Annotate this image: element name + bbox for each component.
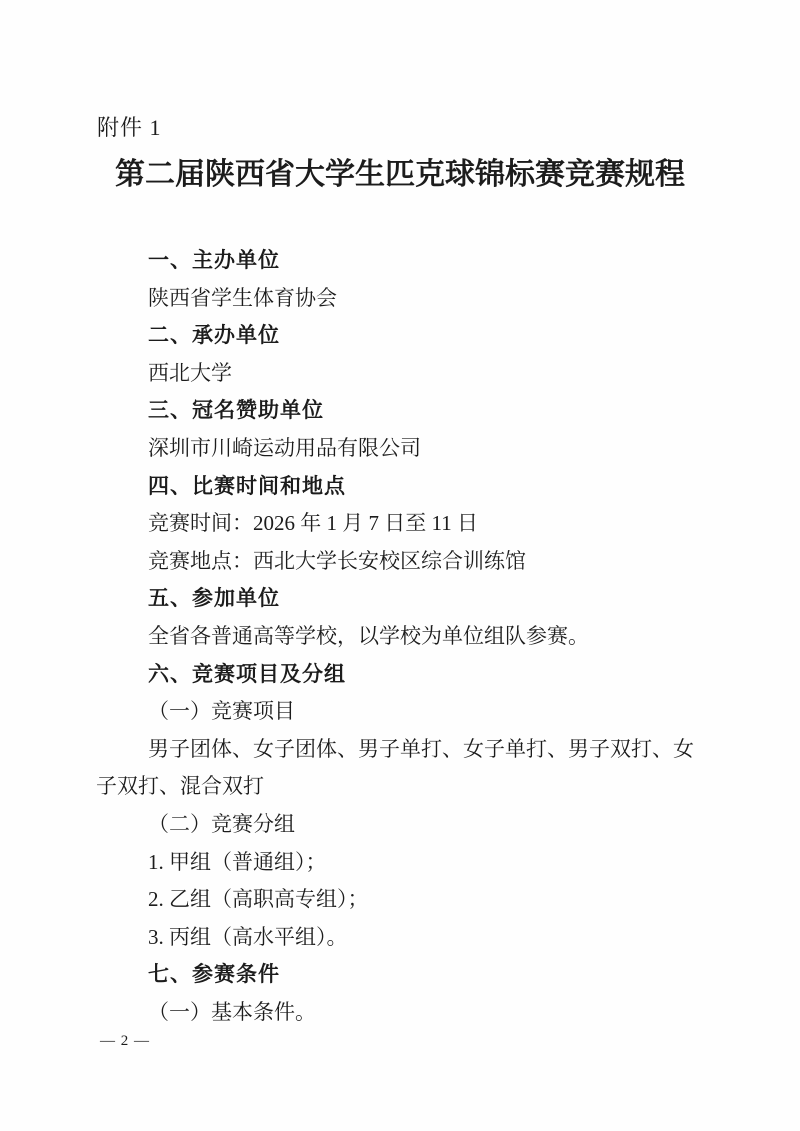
document-line: （一）竞赛项目 xyxy=(96,693,740,731)
document-line: （二）竞赛分组 xyxy=(96,806,740,844)
document-line: 3. 丙组（高水平组）。 xyxy=(96,919,740,957)
document-line: （一）基本条件。 xyxy=(96,994,740,1032)
document-line: 六、竞赛项目及分组 xyxy=(96,656,740,694)
document-line: 陕西省学生体育协会 xyxy=(96,280,740,318)
document-line: 三、冠名赞助单位 xyxy=(96,392,740,430)
document-line: 五、参加单位 xyxy=(96,580,740,618)
document-line: 四、比赛时间和地点 xyxy=(96,468,740,506)
document-page: 附件 1 第二届陕西省大学生匹克球锦标赛竞赛规程 一、主办单位陕西省学生体育协会… xyxy=(0,0,800,1131)
document-line: 七、参赛条件 xyxy=(96,956,740,994)
document-line: 2. 乙组（高职高专组）； xyxy=(96,881,740,919)
document-line: 全省各普通高等学校，以学校为单位组队参赛。 xyxy=(96,618,740,656)
document-line: 西北大学 xyxy=(96,355,740,393)
page-number: — 2 — xyxy=(100,1032,150,1050)
document-line: 1. 甲组（普通组）； xyxy=(96,844,740,882)
document-title: 第二届陕西省大学生匹克球锦标赛竞赛规程 xyxy=(0,155,800,195)
document-line: 子双打、混合双打 xyxy=(96,768,740,806)
document-line: 竞赛时间：2026 年 1 月 7 日至 11 日 xyxy=(96,505,740,543)
document-body: 一、主办单位陕西省学生体育协会二、承办单位西北大学三、冠名赞助单位深圳市川崎运动… xyxy=(96,242,740,1031)
attachment-label: 附件 1 xyxy=(97,115,162,141)
document-line: 一、主办单位 xyxy=(96,242,740,280)
document-line: 男子团体、女子团体、男子单打、女子单打、男子双打、女 xyxy=(96,731,740,769)
document-line: 竞赛地点：西北大学长安校区综合训练馆 xyxy=(96,543,740,581)
document-line: 二、承办单位 xyxy=(96,317,740,355)
document-line: 深圳市川崎运动用品有限公司 xyxy=(96,430,740,468)
